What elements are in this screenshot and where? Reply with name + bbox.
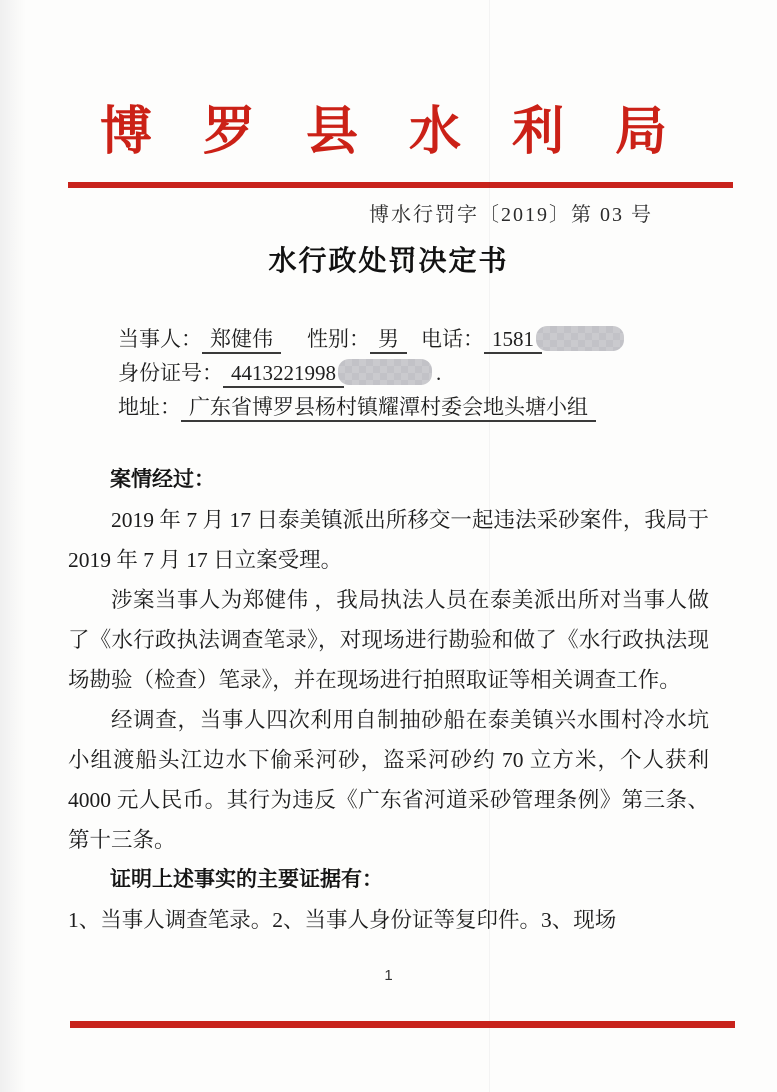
document-number: 博水行罚字〔2019〕第 03 号	[0, 202, 777, 228]
party-name-label: 当事人：	[118, 327, 202, 351]
evidence-list-line: 1、当事人调查笔录。2、当事人身份证等复印件。3、现场	[68, 900, 709, 940]
case-section-heading: 案情经过：	[68, 460, 709, 500]
party-info-block: 当事人：郑健伟性别：男电话：1581 身份证号：4413221998. 地址：广…	[118, 322, 717, 424]
gender-label: 性别：	[307, 327, 370, 351]
party-name-value: 郑健伟	[202, 327, 281, 354]
id-value: 4413221998	[223, 361, 344, 388]
phone-redaction-patch	[536, 326, 624, 351]
page-number: 1	[0, 967, 777, 984]
scanned-document-page: 博 罗 县 水 利 局 博水行罚字〔2019〕第 03 号 水行政处罚决定书 当…	[0, 0, 777, 1092]
phone-label: 电话：	[421, 327, 484, 351]
address-value: 广东省博罗县杨村镇耀潭村委会地头塘小组	[181, 395, 596, 422]
party-line-name-gender-phone: 当事人：郑健伟性别：男电话：1581	[118, 322, 717, 356]
agency-letterhead: 博 罗 县 水 利 局	[0, 96, 777, 170]
id-redaction-patch	[338, 359, 432, 385]
body-paragraph-1: 2019 年 7 月 17 日泰美镇派出所移交一起违法采砂案件，我局于 2019…	[68, 500, 709, 580]
party-line-address: 地址：广东省博罗县杨村镇耀潭村委会地头塘小组	[118, 390, 717, 424]
gender-value: 男	[370, 327, 407, 354]
footer-rule	[70, 1021, 735, 1028]
id-trailing-dot: .	[436, 361, 441, 385]
party-line-id: 身份证号：4413221998.	[118, 356, 717, 390]
document-title: 水行政处罚决定书	[0, 244, 777, 280]
address-label: 地址：	[118, 395, 181, 419]
document-body: 案情经过： 2019 年 7 月 17 日泰美镇派出所移交一起违法采砂案件，我局…	[68, 460, 709, 940]
letterhead-divider	[68, 182, 733, 188]
evidence-section-heading: 证明上述事实的主要证据有：	[68, 860, 709, 900]
body-paragraph-3: 经调查，当事人四次利用自制抽砂船在泰美镇兴水围村冷水坑小组渡船头江边水下偷采河砂…	[68, 700, 709, 860]
id-label: 身份证号：	[118, 361, 223, 385]
body-paragraph-2: 涉案当事人为郑健伟 ，我局执法人员在泰美派出所对当事人做了《水行政执法调查笔录》…	[68, 580, 709, 700]
phone-value: 1581	[484, 327, 542, 354]
